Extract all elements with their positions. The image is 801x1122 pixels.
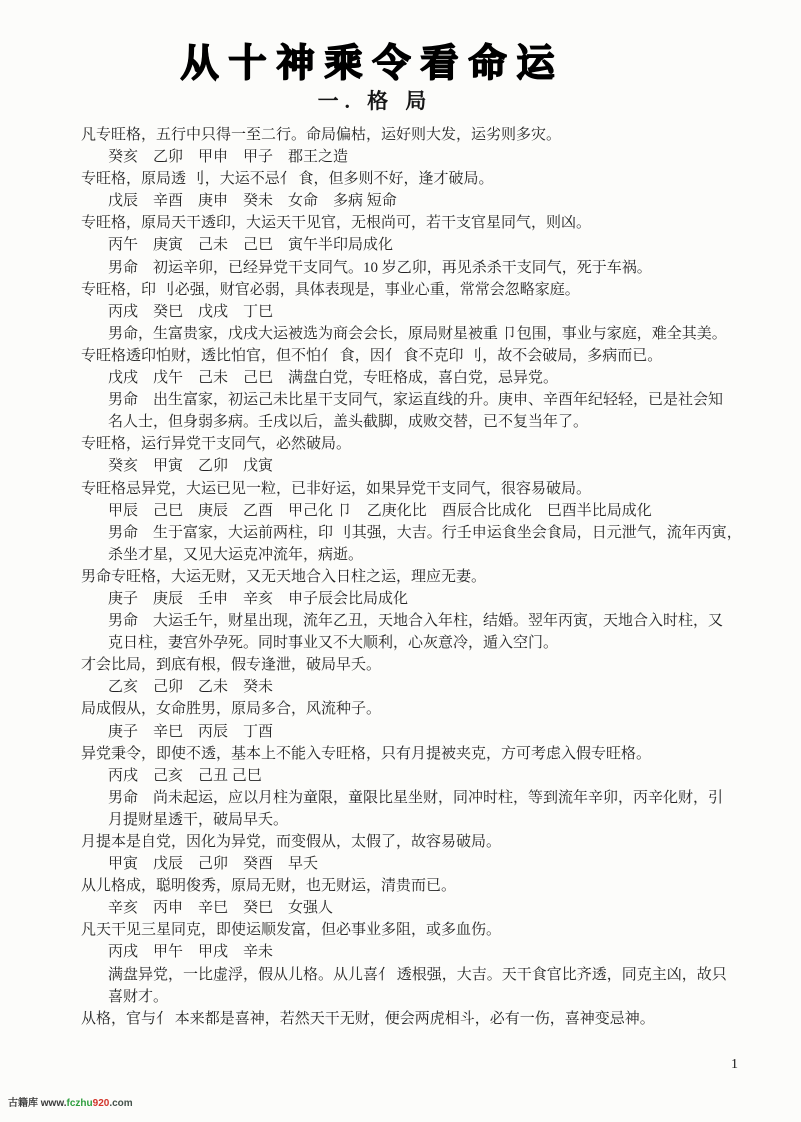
watermark-part: fczhu — [67, 1098, 93, 1109]
text-line: 戊辰 辛酉 庚申 癸未 女命 多病 短命 — [81, 190, 761, 212]
text-line: 从儿格成，聪明俊秀，原局无财，也无财运，清贵而已。 — [81, 875, 761, 897]
text-line: 名人士，但身弱多病。壬戌以后，盖头截脚，成败交替，已不复当年了。 — [81, 411, 761, 433]
text-line: 甲寅 戊辰 己卯 癸酉 早夭 — [81, 853, 761, 875]
watermark-part: 920 — [93, 1098, 110, 1109]
body-text: 凡专旺格，五行中只得一至二行。命局偏枯，运好则大发，运劣则多灾。癸亥 乙卯 甲申… — [81, 124, 761, 1030]
text-line: 才会比局，到底有根，假专逢泄，破局早夭。 — [81, 654, 761, 676]
text-line: 乙亥 己卯 乙未 癸未 — [81, 676, 761, 698]
text-line: 专旺格，原局透 刂，大运不忌亻 食，但多则不好，逢才破局。 — [81, 168, 761, 190]
text-line: 男命 初运辛卯，已经异党干支同气。10 岁乙卯，再见杀杀干支同气，死于车祸。 — [81, 257, 761, 279]
text-line: 凡专旺格，五行中只得一至二行。命局偏枯，运好则大发，运劣则多灾。 — [81, 124, 761, 146]
watermark-part: 古籍库 — [8, 1098, 41, 1109]
text-line: 专旺格忌异党，大运已见一粒，已非好运，如果异党干支同气，很容易破局。 — [81, 478, 761, 500]
text-line: 甲辰 己巳 庚辰 乙酉 甲己化 卩 乙庚化比 酉辰合比成化 巳酉半比局成化 — [81, 500, 761, 522]
text-line: 癸亥 乙卯 甲申 甲子 郡王之造 — [81, 146, 761, 168]
page-number: 1 — [731, 1057, 738, 1073]
text-line: 男命专旺格，大运无财，又无天地合入日柱之运，理应无妻。 — [81, 566, 761, 588]
text-line: 男命 大运壬午，财星出现，流年乙丑，天地合入年柱，结婚。翌年丙寅，天地合入时柱，… — [81, 610, 761, 632]
watermark-part: www. — [41, 1098, 67, 1109]
text-line: 丙戌 己亥 己丑 己巳 — [81, 765, 761, 787]
text-line: 月提本是自党，因化为异党，而变假从，太假了，故容易破局。 — [81, 831, 761, 853]
page-title: 从十神乘令看命运 — [0, 32, 745, 87]
text-line: 杀坐才星，又见大运克冲流年，病逝。 — [81, 544, 761, 566]
document-page: 从十神乘令看命运 一. 格 局 凡专旺格，五行中只得一至二行。命局偏枯，运好则大… — [0, 0, 801, 1122]
text-line: 辛亥 丙申 辛巳 癸巳 女强人 — [81, 897, 761, 919]
watermark-part: .com — [109, 1098, 132, 1109]
watermark: 古籍库 www.fczhu920.com — [8, 1097, 133, 1111]
text-line: 凡天干见三星同克，即使运顺发富，但必事业多阻，或多血伤。 — [81, 919, 761, 941]
text-line: 丙戌 癸巳 戊戌 丁巳 — [81, 301, 761, 323]
text-line: 专旺格，印 刂必强，财官必弱，具体表现是，事业心重，常常会忽略家庭。 — [81, 279, 761, 301]
text-line: 庚子 辛巳 丙辰 丁酉 — [81, 721, 761, 743]
text-line: 丙午 庚寅 己未 己巳 寅午半印局成化 — [81, 234, 761, 256]
text-line: 异党秉令，即使不透，基本上不能入专旺格，只有月提被夹克，方可考虑入假专旺格。 — [81, 743, 761, 765]
text-line: 癸亥 甲寅 乙卯 戊寅 — [81, 455, 761, 477]
text-line: 专旺格，原局天干透印，大运天干见官，无根尚可，若干支官星同气，则凶。 — [81, 212, 761, 234]
text-line: 戊戌 戊午 己未 己巳 满盘白党，专旺格成，喜白党，忌异党。 — [81, 367, 761, 389]
text-line: 男命 尚未起运，应以月柱为童限，童限比星坐财，同冲时柱，等到流年辛卯，丙辛化财，… — [81, 787, 761, 809]
text-line: 局成假从，女命胜男，原局多合，风流种子。 — [81, 698, 761, 720]
text-line: 男命 出生富家，初运己未比星干支同气，家运直线的升。庚申、辛酉年纪轻轻，已是社会… — [81, 389, 761, 411]
text-line: 月提财星透干，破局早夭。 — [81, 809, 761, 831]
text-line: 专旺格透印怕财，透比怕官，但不怕亻 食，因亻 食不克印 刂，故不会破局，多病而已… — [81, 345, 761, 367]
text-line: 满盘异党，一比虚浮，假从儿格。从儿喜亻 透根强，大吉。天干食官比齐透，同克主凶，… — [81, 964, 761, 986]
text-line: 专旺格，运行异党干支同气，必然破局。 — [81, 433, 761, 455]
text-line: 从格，官与亻 本来都是喜神，若然天干无财，便会两虎相斗，必有一伤，喜神变忌神。 — [81, 1008, 761, 1030]
text-line: 庚子 庚辰 壬申 辛亥 申子辰会比局成化 — [81, 588, 761, 610]
section-heading: 一. 格 局 — [0, 85, 750, 115]
text-line: 克日柱，妻宫外孕死。同时事业又不大顺利，心灰意冷，遁入空门。 — [81, 632, 761, 654]
text-line: 喜财才。 — [81, 986, 761, 1008]
text-line: 男命 生于富家，大运前两柱，印 刂其强，大吉。行壬申运食坐会食局，日元泄气，流年… — [81, 522, 761, 544]
text-line: 丙戌 甲午 甲戌 辛未 — [81, 941, 761, 963]
text-line: 男命，生富贵家，戊戌大运被选为商会会长，原局财星被重 卩包围，事业与家庭，难全其… — [81, 323, 761, 345]
